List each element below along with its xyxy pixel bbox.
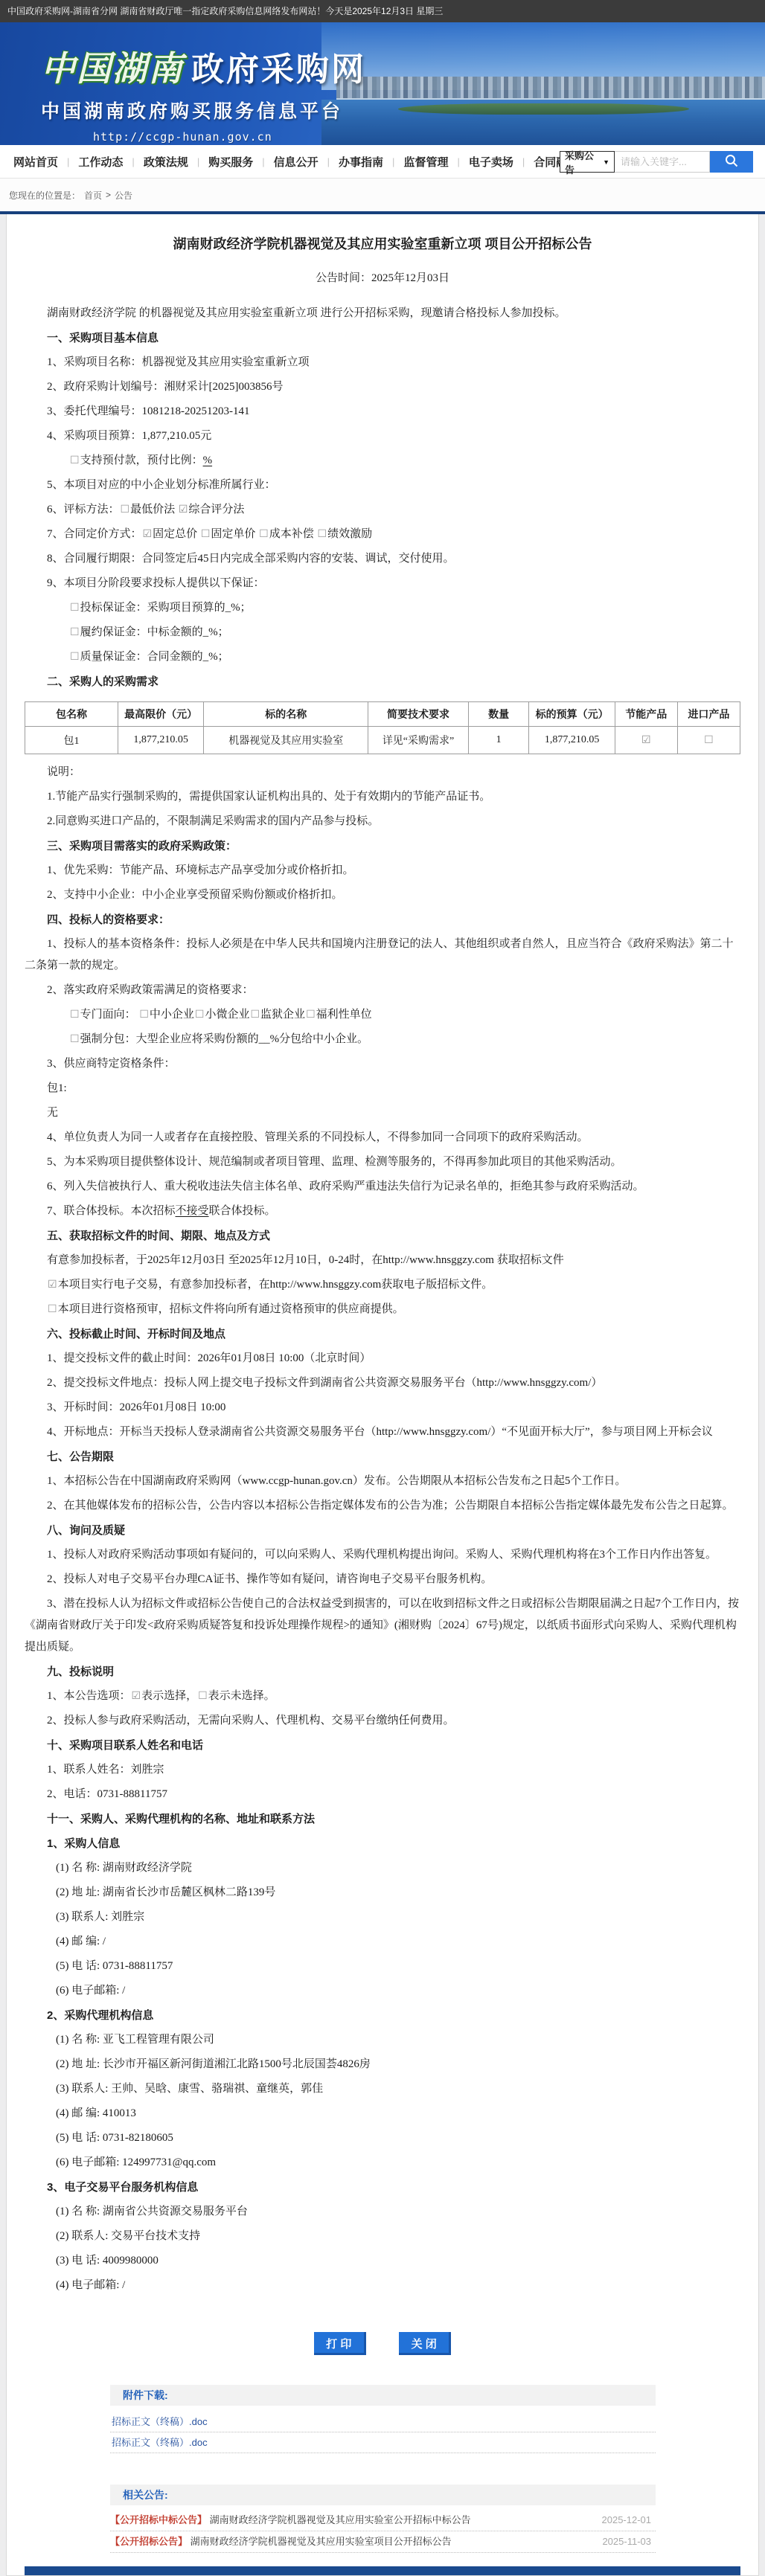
checkbox-unchecked-icon: ☐ — [69, 652, 80, 663]
section-heading: 八、询问及质疑 — [25, 1520, 740, 1541]
article-paragraph: 1、投标人的基本资格条件：投标人必须是在中华人民共和国境内注册登记的法人、其他组… — [25, 934, 740, 977]
article-body-part2: 说明：1.节能产品实行强制采购的，需提供国家认证机构出具的、处于有效期内的节能产… — [25, 762, 740, 2296]
article-paragraph: 9、本项目分阶段要求投标人提供以下保证： — [25, 573, 740, 594]
sub-heading: 2、采购代理机构信息 — [25, 2005, 740, 2026]
article-paragraph: 1.节能产品实行强制采购的，需提供国家认证机构出具的、处于有效期内的节能产品证书… — [25, 786, 740, 808]
related-header: 相关公告: — [110, 2485, 656, 2505]
article-paragraph: 5、本项目对应的中小企业划分标准所属行业： — [25, 475, 740, 496]
section-heading: 十、采购项目联系人姓名和电话 — [25, 1735, 740, 1756]
related-announcement-link[interactable]: 【公开招标中标公告】 湖南财政经济学院机器视觉及其应用实验室公开招标中标公告 — [110, 2510, 471, 2531]
main-area: 湖南财政经济学院机器视觉及其应用实验室重新立项 项目公开招标公告 公告时间：20… — [0, 214, 765, 2576]
article-paragraph: ☐专门面向： ☐中小企业☐小微企业☐监狱企业☐福利性单位 — [25, 1004, 740, 1026]
breadcrumb: 您现在的位置是： 首页 > 公告 — [0, 179, 765, 211]
article-paragraph: 2、政府采购计划编号：湘财采计[2025]003856号 — [25, 376, 740, 398]
article-paragraph: 3、潜在投标人认为招标文件或招标公告使自己的合法权益受到损害的，可以在收到招标文… — [25, 1593, 740, 1658]
checkbox-unchecked-icon: ☐ — [69, 627, 80, 638]
category-select-value: 采购公告 — [565, 148, 603, 176]
site-logo: 中国湖南 政府采购网 中国湖南政府购买服务信息平台 http://ccgp-hu… — [41, 42, 366, 144]
article-paragraph: 3、开标时间：2026年01月08日 10:00 — [25, 1397, 740, 1419]
article-paragraph: (1) 名 称: 湖南省公共资源交易服务平台 — [25, 2201, 740, 2223]
breadcrumb-prefix: 您现在的位置是： — [9, 189, 80, 202]
article-paragraph: 包1: — [25, 1078, 740, 1099]
article-paragraph: 7、联合体投标。本次招标不接受联合体投标。 — [25, 1201, 740, 1222]
nav-item-0[interactable]: 网站首页 — [4, 154, 67, 170]
checkbox-unchecked-icon: ☐ — [69, 1009, 80, 1021]
article-paragraph: 3、供应商特定资格条件： — [25, 1053, 740, 1075]
article-paragraph: 4、采购项目预算：1,877,210.05元 — [25, 425, 740, 447]
search-button[interactable] — [710, 151, 753, 173]
checkbox-checked-icon: ☑ — [641, 735, 652, 746]
table-header-cell: 节能产品 — [615, 702, 677, 727]
article-paragraph: 湖南财政经济学院 的机器视觉及其应用实验室重新立项 进行公开招标采购，现邀请合格… — [25, 303, 740, 324]
table-cell: 1,877,210.05 — [118, 727, 203, 754]
article-paragraph: 1、本公告选项：☑表示选择，☐表示未选择。 — [25, 1686, 740, 1707]
article-paragraph: (1) 名 称: 湖南财政经济学院 — [25, 1857, 740, 1879]
site-banner: 中国湖南 政府采购网 中国湖南政府购买服务信息平台 http://ccgp-hu… — [0, 22, 765, 145]
section-heading: 六、投标截止时间、开标时间及地点 — [25, 1323, 740, 1345]
article-paragraph: (3) 联系人: 刘胜宗 — [25, 1907, 740, 1928]
nav-item-1[interactable]: 工作动态 — [69, 154, 132, 170]
table-row: 包11,877,210.05机器视觉及其应用实验室详见“采购需求”11,877,… — [25, 727, 740, 754]
nav-item-7[interactable]: 电子卖场 — [460, 154, 522, 170]
nav-list: 网站首页|工作动态|政策法规|购买服务|信息公开|办事指南|监督管理|电子卖场|… — [4, 154, 587, 170]
section-heading: 五、获取招标文件的时间、期限、地点及方式 — [25, 1225, 740, 1247]
nav-item-4[interactable]: 信息公开 — [265, 154, 327, 170]
table-cell: 1,877,210.05 — [529, 727, 615, 754]
announcement-article: 湖南财政经济学院机器视觉及其应用实验室重新立项 项目公开招标公告 公告时间：20… — [6, 214, 759, 2576]
article-paragraph: 1、优先采购：节能产品、环境标志产品享受加分或价格折扣。 — [25, 860, 740, 881]
sub-heading: 3、电子交易平台服务机构信息 — [25, 2177, 740, 2198]
page-title: 湖南财政经济学院机器视觉及其应用实验室重新立项 项目公开招标公告 — [54, 234, 711, 253]
section-heading: 四、投标人的资格要求： — [25, 909, 740, 931]
breadcrumb-home-link[interactable]: 首页 — [84, 189, 102, 202]
article-paragraph: (3) 电 话: 4009980000 — [25, 2250, 740, 2272]
print-button[interactable]: 打 印 — [314, 2332, 366, 2355]
article-paragraph: 2、投标人对电子交易平台办理CA证书、操作等如有疑问，请咨询电子交易平台服务机构… — [25, 1569, 740, 1590]
table-cell: ☐ — [677, 727, 740, 754]
article-paragraph: 6、评标方法：☐最低价法 ☑综合评分法 — [25, 499, 740, 521]
checkbox-unchecked-icon: ☐ — [69, 455, 80, 466]
logo-title: 政府采购网 — [191, 42, 366, 90]
search-box: 采购公告 ▼ — [560, 151, 753, 173]
table-body: 包11,877,210.05机器视觉及其应用实验室详见“采购需求”11,877,… — [25, 727, 740, 754]
article-paragraph: 1、本招标公告在中国湖南政府采购网（www.ccgp-hunan.gov.cn）… — [25, 1471, 740, 1492]
table-header-cell: 标的名称 — [204, 702, 368, 727]
article-paragraph: 2.同意购买进口产品的，不限制满足采购需求的国内产品参与投标。 — [25, 811, 740, 832]
related-list: 【公开招标中标公告】 湖南财政经济学院机器视觉及其应用实验室公开招标中标公告20… — [110, 2505, 656, 2553]
article-body-part1: 湖南财政经济学院 的机器视觉及其应用实验室重新立项 进行公开招标采购，现邀请合格… — [25, 303, 740, 693]
table-cell: ☑ — [615, 727, 677, 754]
article-paragraph: 7、合同定价方式：☑固定总价 ☐固定单价 ☐成本补偿 ☐绩效激励 — [25, 524, 740, 545]
checkbox-unchecked-icon: ☐ — [200, 529, 211, 540]
checkbox-unchecked-icon: ☐ — [258, 529, 269, 540]
article-paragraph: (2) 地 址: 湖南省长沙市岳麓区枫林二路139号 — [25, 1882, 740, 1904]
article-paragraph: ☐支持预付款，预付比例：% — [25, 450, 740, 472]
article-paragraph: 4、单位负责人为同一人或者存在直接控股、管理关系的不同投标人，不得参加同一合同项… — [25, 1127, 740, 1149]
section-heading: 九、投标说明 — [25, 1661, 740, 1683]
chevron-down-icon: ▼ — [603, 158, 609, 166]
article-paragraph: 3、委托代理编号：1081218-20251203-141 — [25, 401, 740, 423]
checkbox-checked-icon: ☑ — [142, 529, 153, 540]
checkbox-unchecked-icon: ☐ — [69, 1034, 80, 1045]
article-paragraph: 说明： — [25, 762, 740, 783]
article-paragraph: 1、投标人对政府采购活动事项如有疑问的，可以向采购人、采购代理机构提出询问。采购… — [25, 1544, 740, 1566]
footer-bar — [25, 2566, 740, 2575]
topbar: 中国政府采购网-湖南省分网 湖南省财政厅唯一指定政府采购信息网络发布网站！今天是… — [0, 0, 765, 22]
article-paragraph: (2) 联系人: 交易平台技术支持 — [25, 2226, 740, 2247]
announcement-date: 2025-12-01 — [602, 2510, 656, 2531]
table-cell: 1 — [468, 727, 529, 754]
attachments-section: 附件下载: 招标正文（终稿）.doc招标正文（终稿）.doc 相关公告: 【公开… — [110, 2385, 656, 2553]
nav-item-2[interactable]: 政策法规 — [135, 154, 197, 170]
article-paragraph: 1、提交投标文件的截止时间：2026年01月08日 10:00（北京时间） — [25, 1348, 740, 1369]
article-paragraph: ☐本项目进行资格预审，招标文件将向所有通过资格预审的供应商提供。 — [25, 1299, 740, 1320]
logo-url: http://ccgp-hunan.gov.cn — [93, 130, 366, 144]
search-icon — [724, 153, 739, 170]
table-header-row: 包名称最高限价（元）标的名称简要技术要求数量标的预算（元）节能产品进口产品 — [25, 702, 740, 727]
article-paragraph: (5) 电 话: 0731-82180605 — [25, 2127, 740, 2149]
article-paragraph: 2、落实政府采购政策需满足的资格要求： — [25, 980, 740, 1001]
logo-subtitle: 中国湖南政府购买服务信息平台 — [41, 97, 366, 123]
checkbox-checked-icon: ☑ — [131, 1691, 142, 1702]
article-paragraph: 5、为本采购项目提供整体设计、规范编制或者项目管理、监理、检测等服务的，不得再参… — [25, 1152, 740, 1173]
article-paragraph: 1、联系人姓名：刘胜宗 — [25, 1759, 740, 1781]
nav-item-6[interactable]: 监督管理 — [394, 154, 457, 170]
attachment-link[interactable]: 招标正文（终稿）.doc — [110, 2432, 656, 2453]
close-button[interactable]: 关 闭 — [399, 2332, 451, 2355]
banner-city-skyline — [336, 77, 765, 100]
article-paragraph: (6) 电子邮箱: / — [25, 1980, 740, 2002]
checkbox-unchecked-icon: ☐ — [138, 1009, 150, 1021]
article-paragraph: (5) 电 话: 0731-88811757 — [25, 1956, 740, 1977]
attachments-header: 附件下载: — [110, 2385, 656, 2406]
table-header-cell: 进口产品 — [677, 702, 740, 727]
announcement-type-tag: 【公开招标公告】 — [110, 2536, 188, 2547]
related-announcement-row: 【公开招标公告】 湖南财政经济学院机器视觉及其应用实验室项目公开招标公告2025… — [110, 2531, 656, 2553]
article-paragraph: (1) 名 称: 亚飞工程管理有限公司 — [25, 2029, 740, 2051]
article-paragraph: ☐质量保证金：合同金额的_%； — [25, 646, 740, 668]
checkbox-unchecked-icon: ☐ — [703, 735, 714, 746]
article-paragraph: 4、开标地点：开标当天投标人登录湖南省公共资源交易服务平台（http://www… — [25, 1422, 740, 1443]
action-buttons: 打 印 关 闭 — [25, 2332, 740, 2355]
article-paragraph: 无 — [25, 1102, 740, 1124]
checkbox-unchecked-icon: ☐ — [47, 1304, 58, 1315]
article-paragraph: 8、合同履行期限：合同签定后45日内完成全部采购内容的安装、调试，交付使用。 — [25, 548, 740, 570]
breadcrumb-separator: > — [106, 190, 111, 200]
attachment-link[interactable]: 招标正文（终稿）.doc — [110, 2412, 656, 2432]
table-cell: 包1 — [25, 727, 118, 754]
topbar-text: 中国政府采购网-湖南省分网 湖南省财政厅唯一指定政府采购信息网络发布网站！今天是… — [7, 6, 443, 16]
breadcrumb-current: 公告 — [115, 189, 132, 202]
checkbox-unchecked-icon: ☐ — [249, 1009, 260, 1021]
announcement-date: 2025-11-03 — [602, 2531, 656, 2552]
checkbox-unchecked-icon: ☐ — [69, 603, 80, 614]
banner-island — [397, 103, 690, 115]
article-paragraph: (2) 地 址: 长沙市开福区新河街道湘江北路1500号北辰国荟4826房 — [25, 2054, 740, 2075]
related-announcement-link[interactable]: 【公开招标公告】 湖南财政经济学院机器视觉及其应用实验室项目公开招标公告 — [110, 2531, 452, 2552]
checkbox-checked-icon: ☑ — [47, 1279, 58, 1291]
article-paragraph: ☑本项目实行电子交易，有意参加投标者，在http://www.hnsggzy.c… — [25, 1274, 740, 1296]
article-paragraph: (4) 邮 编: / — [25, 1931, 740, 1953]
announcement-type-tag: 【公开招标中标公告】 — [110, 2514, 207, 2525]
section-heading: 七、公告期限 — [25, 1446, 740, 1468]
search-input[interactable] — [615, 151, 710, 173]
table-header-cell: 最高限价（元） — [118, 702, 203, 727]
main-nav: 网站首页|工作动态|政策法规|购买服务|信息公开|办事指南|监督管理|电子卖场|… — [0, 145, 765, 179]
nav-item-3[interactable]: 购买服务 — [199, 154, 262, 170]
article-paragraph: 2、电话：0731-88811757 — [25, 1784, 740, 1805]
section-heading: 十一、采购人、采购代理机构的名称、地址和联系方法 — [25, 1808, 740, 1830]
logo-calligraphy: 中国湖南 — [41, 42, 184, 91]
table-cell: 机器视觉及其应用实验室 — [204, 727, 368, 754]
checkbox-unchecked-icon: ☐ — [317, 529, 328, 540]
article-paragraph: ☐履约保证金：中标金额的_%； — [25, 622, 740, 643]
table-header-cell: 标的预算（元） — [529, 702, 615, 727]
announcement-title-text: 湖南财政经济学院机器视觉及其应用实验室项目公开招标公告 — [188, 2536, 452, 2547]
nav-item-5[interactable]: 办事指南 — [330, 154, 392, 170]
section-heading: 三、采购项目需落实的政府采购政策： — [25, 835, 740, 857]
article-paragraph: 2、支持中小企业：中小企业享受预留采购份额或价格折扣。 — [25, 884, 740, 906]
table-cell: 详见“采购需求” — [368, 727, 469, 754]
checkbox-unchecked-icon: ☐ — [120, 504, 131, 515]
announcement-title-text: 湖南财政经济学院机器视觉及其应用实验室公开招标中标公告 — [207, 2514, 471, 2525]
checkbox-unchecked-icon: ☐ — [305, 1009, 316, 1021]
sub-heading: 1、采购人信息 — [25, 1833, 740, 1854]
procurement-requirements-table: 包名称最高限价（元）标的名称简要技术要求数量标的预算（元）节能产品进口产品 包1… — [25, 701, 740, 754]
article-paragraph: 1、采购项目名称：机器视觉及其应用实验室重新立项 — [25, 352, 740, 373]
table-header-cell: 简要技术要求 — [368, 702, 469, 727]
article-paragraph: (4) 邮 编: 410013 — [25, 2103, 740, 2124]
related-announcement-row: 【公开招标中标公告】 湖南财政经济学院机器视觉及其应用实验室公开招标中标公告20… — [110, 2510, 656, 2531]
article-paragraph: 6、列入失信被执行人、重大税收违法失信主体名单、政府采购严重违法失信行为记录名单… — [25, 1176, 740, 1198]
checkbox-unchecked-icon: ☐ — [197, 1691, 208, 1702]
article-paragraph: (4) 电子邮箱: / — [25, 2275, 740, 2296]
related-announcements-section: 相关公告: 【公开招标中标公告】 湖南财政经济学院机器视觉及其应用实验室公开招标… — [110, 2485, 656, 2553]
table-header-cell: 包名称 — [25, 702, 118, 727]
section-heading: 一、采购项目基本信息 — [25, 327, 740, 349]
table-header-cell: 数量 — [468, 702, 529, 727]
article-paragraph: (6) 电子邮箱: 124997731@qq.com — [25, 2152, 740, 2174]
article-paragraph: ☐强制分包：大型企业应将采购份额的__%分包给中小企业。 — [25, 1029, 740, 1050]
article-paragraph: 2、在其他媒体发布的招标公告，公告内容以本招标公告指定媒体发布的公告为准；公告期… — [25, 1495, 740, 1517]
attachment-list: 招标正文（终稿）.doc招标正文（终稿）.doc — [110, 2406, 656, 2453]
category-select[interactable]: 采购公告 ▼ — [560, 151, 615, 173]
publish-time: 公告时间：2025年12月03日 — [25, 269, 740, 285]
checkbox-unchecked-icon: ☐ — [194, 1009, 205, 1021]
article-paragraph: (3) 联系人: 王帅、吴晗、康雪、骆瑞祺、童继英，郭佳 — [25, 2078, 740, 2100]
article-paragraph: ☐投标保证金：采购项目预算的_%； — [25, 597, 740, 619]
article-paragraph: 2、提交投标文件地点：投标人网上提交电子投标文件到湖南省公共资源交易服务平台（h… — [25, 1372, 740, 1394]
checkbox-checked-icon: ☑ — [178, 504, 189, 515]
article-paragraph: 2、投标人参与政府采购活动，无需向采购人、代理机构、交易平台缴纳任何费用。 — [25, 1710, 740, 1732]
section-heading: 二、采购人的采购需求 — [25, 671, 740, 693]
article-paragraph: 有意参加投标者，于2025年12月03日 至2025年12月10日，0-24时，… — [25, 1250, 740, 1271]
